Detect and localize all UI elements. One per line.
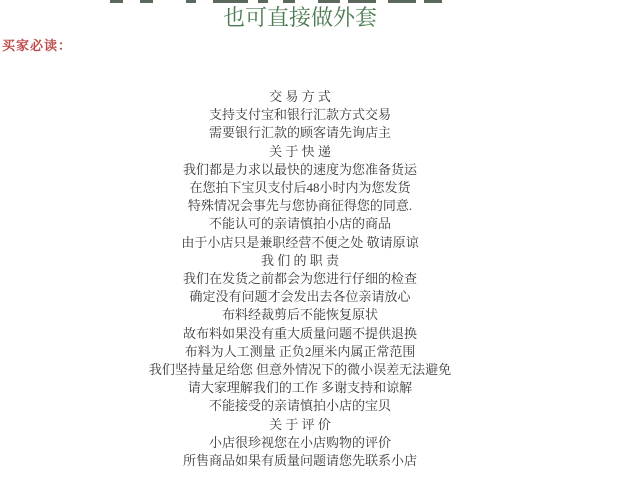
- cropped-text-fragment: [424, 0, 442, 3]
- cropped-text-fragments: [0, 0, 620, 4]
- cropped-text-fragment: [140, 0, 153, 3]
- notice-line: 在您拍下宝贝支付后48小时内为您发货: [0, 179, 600, 197]
- notice-line: 由于小店只是兼职经营不便之处 敬请原谅: [0, 234, 600, 252]
- cropped-text-fragment: [186, 0, 196, 3]
- notice-line: 请大家理解我们的工作 多谢支持和谅解: [0, 379, 600, 397]
- section-heading-duty: 我 们 的 职 责: [0, 252, 600, 270]
- notice-line: 不能接受的亲请慎拍小店的宝贝: [0, 397, 600, 415]
- page-title: 也可直接做外套: [0, 6, 600, 30]
- notice-line: 支持支付宝和银行汇款方式交易: [0, 106, 600, 124]
- notice-line: 故布料如果没有重大质量问题不提供退换: [0, 325, 600, 343]
- notice-line: 特殊情况会事先与您协商征得您的同意.: [0, 197, 600, 215]
- cropped-text-fragment: [318, 0, 340, 3]
- product-description-page: 也可直接做外套 买家必读： 交 易 方 式 支持支付宝和银行汇款方式交易 需要银…: [0, 0, 620, 480]
- notice-line: 不能认可的亲请慎拍小店的商品: [0, 215, 600, 233]
- buyer-must-read-label: 买家必读：: [2, 35, 72, 54]
- notice-line: 需要银行汇款的顾客请先询店主: [0, 124, 600, 142]
- notice-line: 所售商品如果有质量问题请您先联系小店: [0, 452, 600, 470]
- cropped-text-fragment: [213, 0, 248, 3]
- cropped-text-fragment: [110, 0, 123, 3]
- cropped-text-fragment: [348, 0, 376, 3]
- section-heading-shipping: 关 于 快 递: [0, 143, 600, 161]
- notice-line: 我们在发货之前都会为您进行仔细的检查: [0, 270, 600, 288]
- notice-line: 布料经裁剪后不能恢复原状: [0, 306, 600, 324]
- cropped-text-fragment: [388, 0, 416, 3]
- section-heading-feedback: 关 于 评 价: [0, 416, 600, 434]
- notice-line: 我们都是力求以最快的速度为您准备货运: [0, 161, 600, 179]
- cropped-text-fragment: [283, 0, 295, 3]
- section-heading-trade: 交 易 方 式: [0, 88, 600, 106]
- notice-line: 确定没有问题才会发出去各位亲请放心: [0, 288, 600, 306]
- cropped-text-fragment: [258, 0, 268, 3]
- store-notice-text: 交 易 方 式 支持支付宝和银行汇款方式交易 需要银行汇款的顾客请先询店主 关 …: [0, 88, 600, 470]
- notice-line: 小店很珍视您在小店购物的评价: [0, 434, 600, 452]
- notice-line: 布料为人工测量 正负2厘米内属正常范围: [0, 343, 600, 361]
- notice-line: 我们坚持量足给您 但意外情况下的微小误差无法避免: [0, 361, 600, 379]
